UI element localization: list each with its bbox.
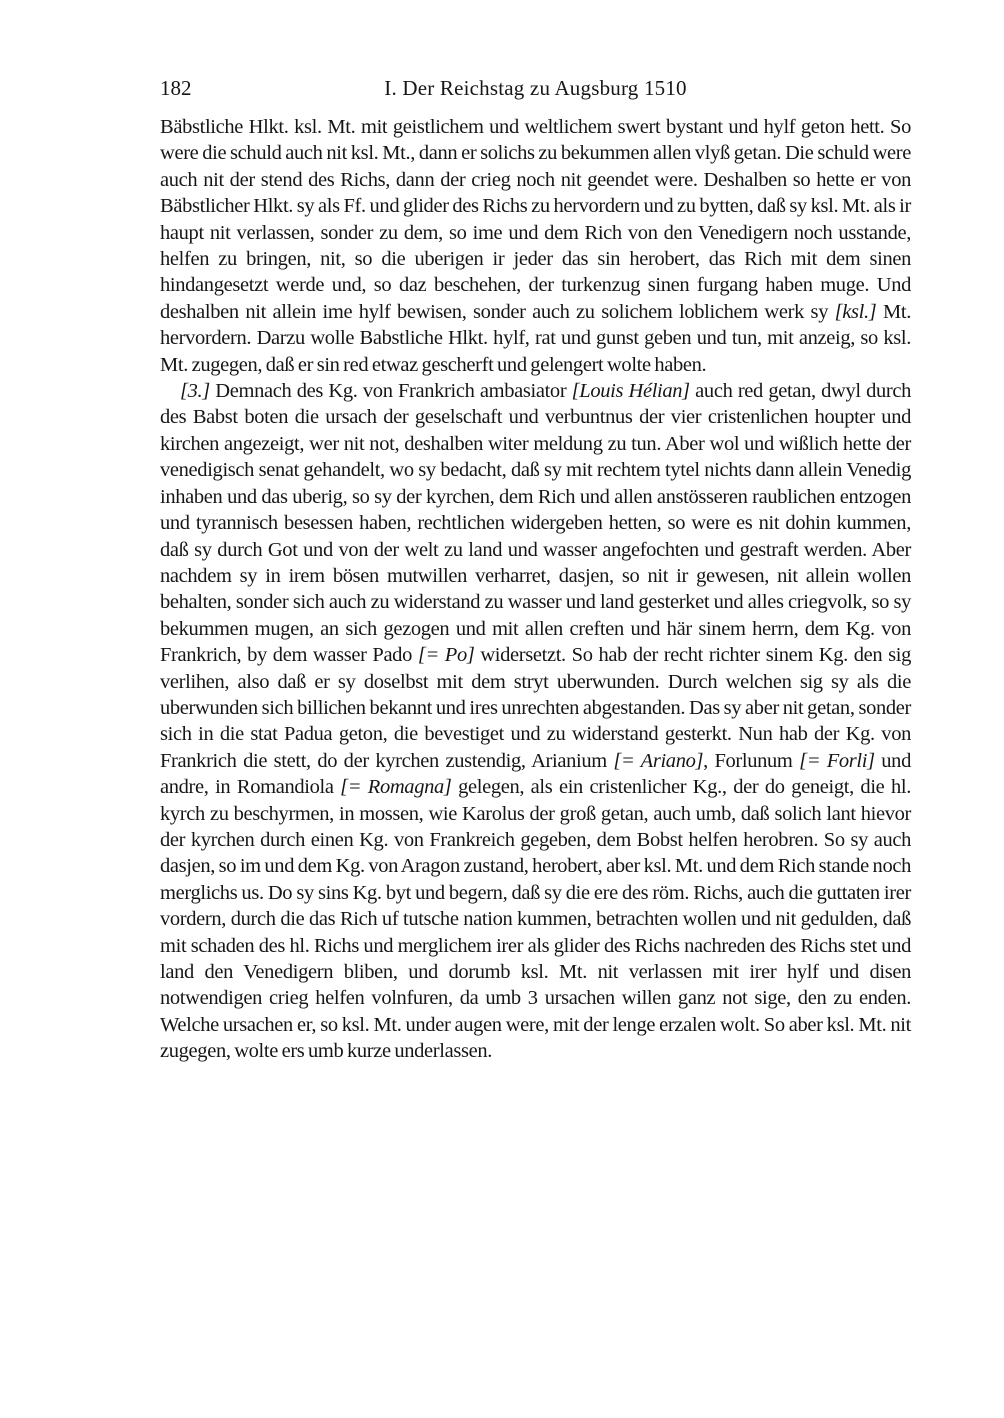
editorial-insertion: [= Romagna] (340, 776, 451, 798)
text-run: gelegen, als ein cristenlicher Kg., der … (160, 776, 911, 1062)
paragraph: Bäbstliche Hlkt. ksl. Mt. mit geistliche… (160, 114, 911, 378)
book-page: 182 I. Der Reichstag zu Augsburg 1510 Bä… (0, 0, 1004, 1418)
page-number: 182 (160, 74, 192, 102)
text-block: Bäbstliche Hlkt. ksl. Mt. mit geistliche… (160, 114, 911, 1065)
paragraph: [3.] Demnach des Kg. von Frankrich ambas… (160, 378, 911, 1065)
running-head: I. Der Reichstag zu Augsburg 1510 (160, 74, 911, 102)
editorial-insertion: [= Po] (418, 644, 475, 666)
editorial-insertion: [= Ariano] (613, 750, 703, 772)
editorial-insertion: [3.] (180, 380, 210, 402)
page-header: 182 I. Der Reichstag zu Augsburg 1510 (160, 74, 911, 102)
text-run: Bäbstliche Hlkt. ksl. Mt. mit geistliche… (160, 116, 911, 323)
text-run: Demnach des Kg. von Frankrich ambasiator (210, 380, 572, 402)
editorial-insertion: [Louis Hélian] (572, 380, 690, 402)
text-run: , Forlunum (703, 750, 799, 772)
editorial-insertion: [ksl.] (835, 301, 877, 323)
editorial-insertion: [= Forli] (799, 750, 875, 772)
text-run: auch red getan, dwyl durch des Babst bot… (160, 380, 911, 666)
